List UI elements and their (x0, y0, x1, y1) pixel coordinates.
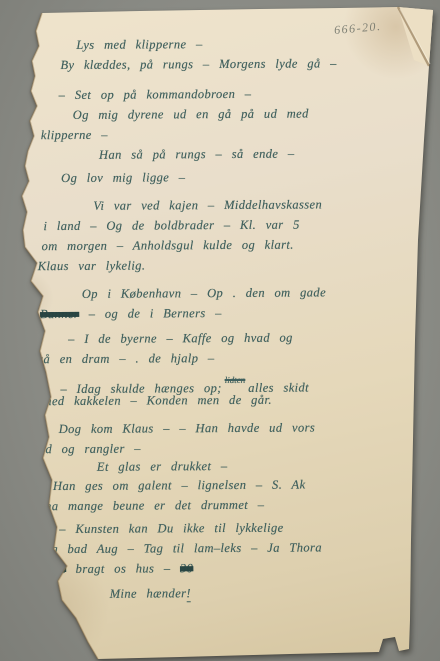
handwriting-text: Han så på rungs – så ende – (99, 147, 295, 162)
paper-shadow: 666-20. Lys med klipperne –By klæddes, p… (0, 0, 440, 661)
handwriting-text: Jeg bad Aug – Tag til lam–leks – Ja Thor… (39, 540, 322, 556)
struck-word: 30 (180, 561, 193, 575)
manuscript-page: 666-20. Lys med klipperne –By klæddes, p… (0, 0, 440, 661)
handwriting-text: Lys med klipperne – (76, 37, 202, 52)
struck-word: knæs (39, 562, 66, 576)
handwritten-line: – Idag skulde hænges op;lidtenalles skid… (60, 369, 414, 391)
handwritten-line: By klæddes, på rungs – Morgens lyde gå – (60, 53, 412, 75)
handwritten-line: Han ges om galent – lignelsen – S. Ak (53, 474, 415, 496)
handwriting-text: – og de i Berners – (79, 306, 222, 321)
handwritten-line: Og mig dyrene ud en gå på ud med (73, 103, 413, 125)
handwriting-text: Op i København – Op . den om gade (82, 285, 326, 300)
handwriting-text: bragt os hus – (66, 561, 180, 576)
handwritten-line: med kakkelen – Konden men de går. (42, 389, 414, 411)
handwritten-line: – Kunsten kan Du ikke til lykkelige (59, 517, 415, 539)
handwritten-line: klipperne – (41, 123, 413, 145)
handwriting-text: så en dram – . de hjalp – (38, 351, 214, 366)
handwritten-line: Klaus var lykelig. (38, 254, 414, 276)
handwritten-line: – I de byerne – Kaffe og hvad og (68, 327, 414, 349)
handwriting-text: Og mig dyrene ud en gå på ud med (73, 106, 309, 121)
handwriting-text: Klaus var lykelig. (38, 258, 146, 273)
handwritten-line: så en dram – . de hjalp – (38, 347, 414, 369)
handwritten-line: Op i København – Op . den om gade (82, 282, 414, 304)
struck-word: Banner (40, 307, 79, 321)
handwritten-line: Og lov mig ligge – (61, 166, 413, 188)
handwriting-text: i land – Og de boldbrader – Kl. var 5 (43, 218, 299, 234)
handwriting-text: Mine hænder (110, 586, 187, 600)
handwritten-line: Dog kom Klaus – – Han havde ud vors (59, 417, 415, 439)
handwriting-text: ! (186, 586, 191, 602)
manuscript-lines: Lys med klipperne –By klæddes, på rungs … (36, 33, 415, 604)
handwriting-text: Han ges om galent – lignelsen – S. Ak (53, 478, 306, 494)
handwritten-line: om morgen – Anholdsgul kulde og klart. (41, 234, 413, 256)
inserted-word: lidten (225, 375, 246, 385)
handwritten-line: ha mange beune er det drummet – (45, 494, 415, 516)
handwritten-line: i land – Og de boldbrader – Kl. var 5 (43, 214, 413, 236)
handwriting-text: klipperne – (41, 128, 108, 142)
handwriting-text: – I de byerne – Kaffe og hvad og (68, 331, 293, 346)
handwriting-text: Og lov mig ligge – (61, 170, 185, 185)
handwriting-text: ud og rangler – (39, 442, 141, 457)
handwritten-line: Lys med klipperne – (76, 33, 412, 55)
handwritten-line: Vi var ved kajen – Middelhavskassen (93, 194, 413, 216)
handwritten-line: Banner – og de i Berners – (40, 302, 414, 324)
handwriting-text: By klæddes, på rungs – Morgens lyde gå – (60, 56, 336, 72)
handwriting-text: Et glas er drukket – (97, 459, 228, 474)
desk-background: 666-20. Lys med klipperne –By klæddes, p… (0, 0, 440, 661)
handwriting-text: Dog kom Klaus – – Han havde ud vors (59, 420, 316, 436)
handwriting-text: Vi var ved kajen – Middelhavskassen (93, 197, 322, 212)
handwriting-text: med kakkelen – Konden men de går. (42, 393, 271, 408)
handwriting-text: – Set op på kommandobroen – (59, 87, 252, 102)
handwriting-text: om morgen – Anholdsgul kulde og klart. (42, 238, 294, 254)
handwritten-line: knæs bragt os hus – 30 (39, 557, 415, 579)
handwritten-line: Han så på rungs – så ende – (99, 143, 413, 165)
handwritten-line: – Set op på kommandobroen – (59, 83, 413, 105)
handwritten-line: Jeg bad Aug – Tag til lam–leks – Ja Thor… (39, 537, 415, 559)
handwriting-text: – Kunsten kan Du ikke til lykkelige (59, 521, 283, 536)
handwritten-line: Mine hænder! (110, 582, 416, 604)
handwriting-text: ha mange beune er det drummet – (45, 498, 264, 513)
